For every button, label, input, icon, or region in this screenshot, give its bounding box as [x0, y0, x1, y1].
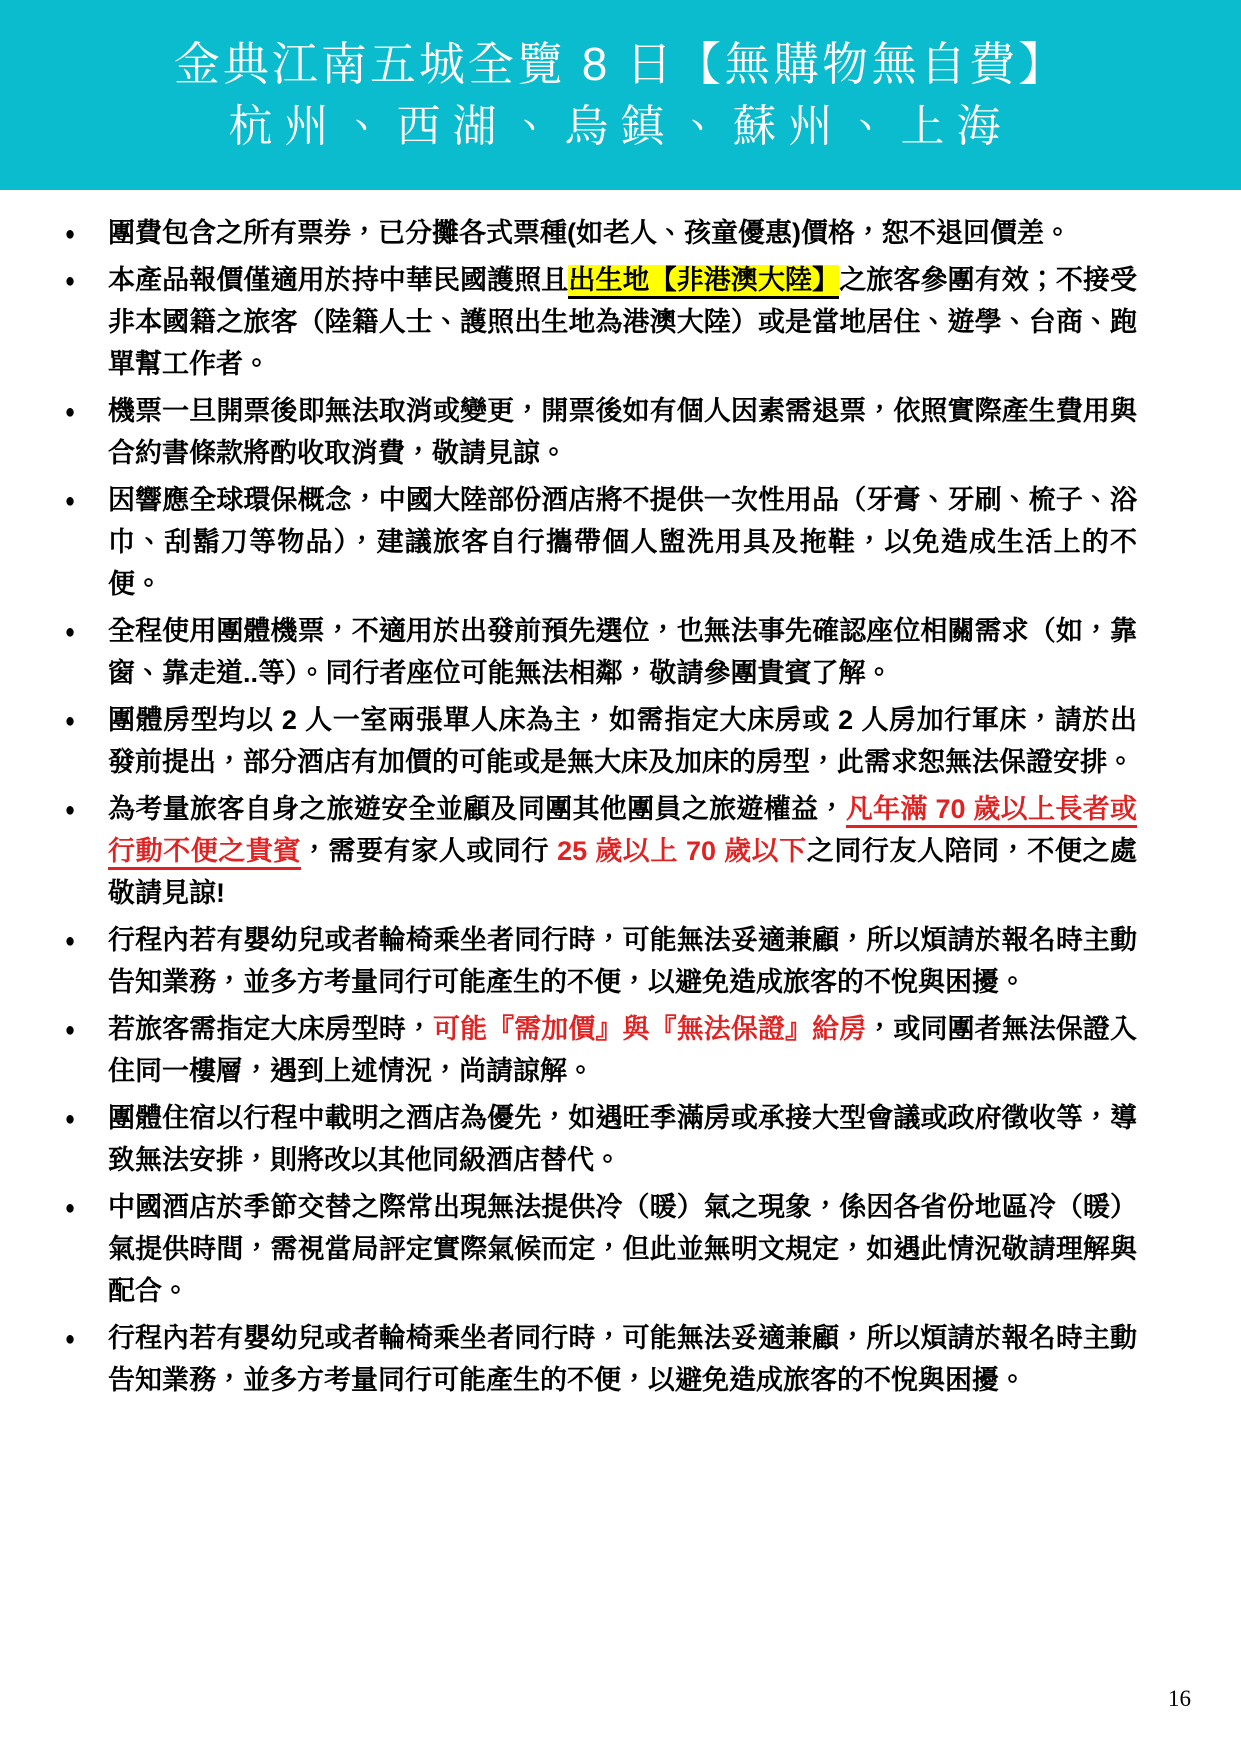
- term-item: ●全程使用團體機票，不適用於出發前預先選位，也無法事先確認座位相關需求（如，靠窗…: [108, 610, 1137, 694]
- term-segment-normal: 行程內若有嬰幼兒或者輪椅乘坐者同行時，可能無法妥適兼顧，所以煩請於報名時主動告知…: [108, 1323, 1137, 1395]
- term-item: ●為考量旅客自身之旅遊安全並顧及同團其他團員之旅遊權益，凡年滿 70 歲以上長者…: [108, 788, 1137, 914]
- term-segment-normal: 因響應全球環保概念，中國大陸部份酒店將不提供一次性用品（牙膏、牙刷、梳子、浴巾、…: [108, 485, 1137, 599]
- term-segment-normal: 行程內若有嬰幼兒或者輪椅乘坐者同行時，可能無法妥適兼顧，所以煩請於報名時主動告知…: [108, 925, 1137, 997]
- term-item: ●因響應全球環保概念，中國大陸部份酒店將不提供一次性用品（牙膏、牙刷、梳子、浴巾…: [108, 479, 1137, 605]
- term-item: ●機票一旦開票後即無法取消或變更，開票後如有個人因素需退票，依照實際產生費用與合…: [108, 390, 1137, 474]
- term-segment-normal: 中國酒店於季節交替之際常出現無法提供冷（暖）氣之現象，係因各省份地區冷（暖）氣提…: [108, 1192, 1137, 1306]
- tour-title: 金典江南五城全覽 8 日【無購物無自費】: [174, 35, 1067, 93]
- term-item: ●若旅客需指定大床房型時，可能『需加價』與『無法保證』給房，或同團者無法保證入住…: [108, 1008, 1137, 1092]
- bullet-icon: ●: [65, 789, 75, 831]
- term-segment-normal: 本產品報價僅適用於持中華民國護照且: [108, 265, 568, 295]
- term-segment-normal: 團費包含之所有票券，已分攤各式票種(如老人、孩童優惠)價格，恕不退回價差。: [108, 218, 1071, 248]
- term-item: ●團體房型均以 2 人一室兩張單人床為主，如需指定大床房或 2 人房加行軍床，請…: [108, 699, 1137, 783]
- bullet-icon: ●: [65, 213, 75, 255]
- bullet-icon: ●: [65, 480, 75, 522]
- bullet-icon: ●: [65, 1187, 75, 1229]
- term-segment-normal: 團體房型均以 2 人一室兩張單人床為主，如需指定大床房或 2 人房加行軍床，請於…: [108, 705, 1137, 777]
- header-banner: 金典江南五城全覽 8 日【無購物無自費】 杭州、西湖、烏鎮、蘇州、上海: [0, 0, 1241, 190]
- term-item: ●團體住宿以行程中載明之酒店為優先，如遇旺季滿房或承接大型會議或政府徵收等，導致…: [108, 1097, 1137, 1181]
- term-segment-normal: 為考量旅客自身之旅遊安全並顧及同團其他團員之旅遊權益，: [108, 794, 846, 824]
- term-item: ●本產品報價僅適用於持中華民國護照且出生地【非港澳大陸】之旅客參團有效；不接受非…: [108, 259, 1137, 385]
- tour-cities: 杭州、西湖、烏鎮、蘇州、上海: [229, 99, 1013, 155]
- term-segment-normal: 團體住宿以行程中載明之酒店為優先，如遇旺季滿房或承接大型會議或政府徵收等，導致無…: [108, 1103, 1137, 1175]
- term-segment-normal: 機票一旦開票後即無法取消或變更，開票後如有個人因素需退票，依照實際產生費用與合約…: [108, 396, 1137, 468]
- term-segment-red: 25 歲以上 70 歲以下: [557, 836, 807, 866]
- bullet-icon: ●: [65, 700, 75, 742]
- bullet-icon: ●: [65, 611, 75, 653]
- bullet-icon: ●: [65, 1318, 75, 1360]
- term-segment-normal: ，需要有家人或同行: [301, 836, 557, 866]
- bullet-icon: ●: [65, 391, 75, 433]
- term-segment-normal: 若旅客需指定大床房型時，: [108, 1014, 433, 1044]
- bullet-icon: ●: [65, 1098, 75, 1140]
- term-item: ●行程內若有嬰幼兒或者輪椅乘坐者同行時，可能無法妥適兼顧，所以煩請於報名時主動告…: [108, 919, 1137, 1003]
- page-number: 16: [1168, 1686, 1191, 1712]
- term-segment-normal: 全程使用團體機票，不適用於出發前預先選位，也無法事先確認座位相關需求（如，靠窗、…: [108, 616, 1137, 688]
- term-segment-red: 可能『需加價』與『無法保證』給房: [433, 1014, 866, 1044]
- bullet-icon: ●: [65, 920, 75, 962]
- document-page: 金典江南五城全覽 8 日【無購物無自費】 杭州、西湖、烏鎮、蘇州、上海 ●團費包…: [0, 0, 1241, 1401]
- term-item: ●行程內若有嬰幼兒或者輪椅乘坐者同行時，可能無法妥適兼顧，所以煩請於報名時主動告…: [108, 1317, 1137, 1401]
- term-segment-highlight-underline: 出生地【非港澳大陸】: [568, 265, 839, 299]
- bullet-icon: ●: [65, 1009, 75, 1051]
- bullet-icon: ●: [65, 260, 75, 302]
- term-item: ●團費包含之所有票券，已分攤各式票種(如老人、孩童優惠)價格，恕不退回價差。: [108, 212, 1137, 254]
- terms-list: ●團費包含之所有票券，已分攤各式票種(如老人、孩童優惠)價格，恕不退回價差。●本…: [108, 212, 1137, 1401]
- term-item: ●中國酒店於季節交替之際常出現無法提供冷（暖）氣之現象，係因各省份地區冷（暖）氣…: [108, 1186, 1137, 1312]
